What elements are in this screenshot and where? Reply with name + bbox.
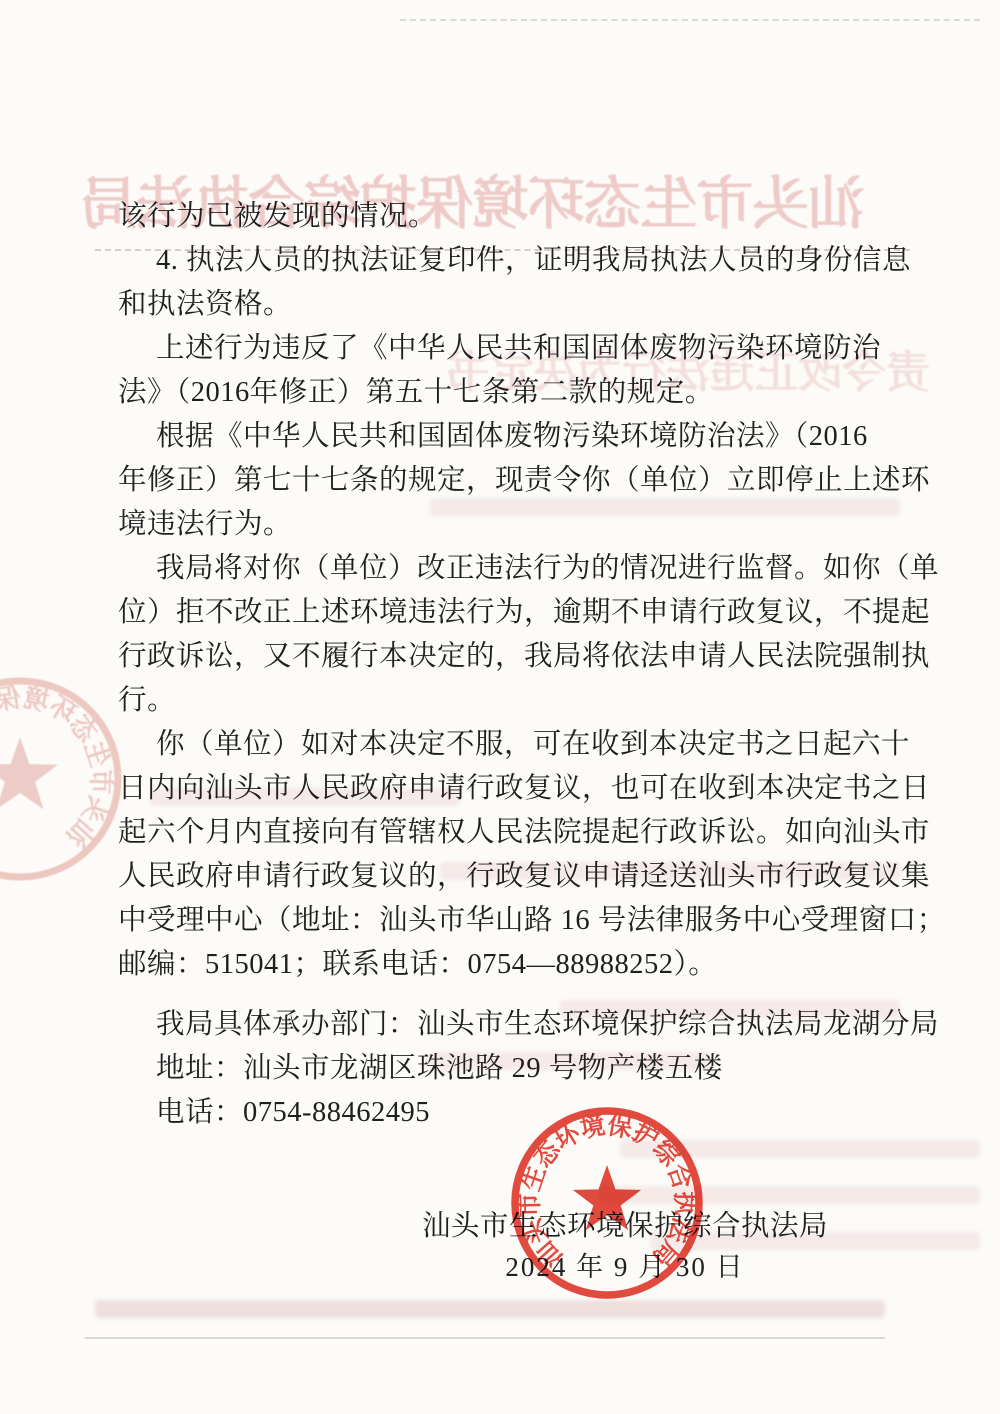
ghost-seal-star-icon bbox=[0, 737, 58, 809]
text-line: 行政诉讼，又不履行本决定的，我局将依法申请人民法院强制执 bbox=[118, 635, 910, 679]
text-line: 4. 执法人员的执法证复印件，证明我局执法人员的身份信息 bbox=[118, 239, 910, 283]
text-line: 地址：汕头市龙湖区珠池路 29 号物产楼五楼 bbox=[118, 1047, 910, 1091]
text-line: 起六个月内直接向有管辖权人民法院提起行政诉讼。如向汕头市 bbox=[118, 811, 910, 855]
text-line: 中受理中心（地址：汕头市华山路 16 号法律服务中心受理窗口； bbox=[118, 899, 910, 943]
body-text: 该行为已被发现的情况。 4. 执法人员的执法证复印件，证明我局执法人员的身份信息… bbox=[118, 195, 910, 1135]
document-page: 汕头市生态环境保护综合执法局 责令改正违法行为决定书 汕头市生态环境保护综合执法… bbox=[0, 0, 1000, 1414]
text-line: 根据《中华人民共和国固体废物污染环境防治法》（2016 bbox=[118, 415, 910, 459]
text-line: 我局具体承办部门：汕头市生态环境保护综合执法局龙湖分局 bbox=[118, 1003, 910, 1047]
text-line: 日内向汕头市人民政府申请行政复议，也可在收到本决定书之日 bbox=[118, 767, 910, 811]
text-line: 和执法资格。 bbox=[118, 283, 910, 327]
text-line: 人民政府申请行政复议的，行政复议申请迳送汕头市行政复议集 bbox=[118, 855, 910, 899]
text-line: 行。 bbox=[118, 679, 910, 723]
official-seal: 汕头市生态环境保护综合执法局 bbox=[507, 1103, 707, 1303]
text-line: 我局将对你（单位）改正违法行为的情况进行监督。如你（单 bbox=[118, 547, 910, 591]
text-line: 该行为已被发现的情况。 bbox=[118, 195, 910, 239]
text-line: 你（单位）如对本决定不服，可在收到本决定书之日起六十 bbox=[118, 723, 910, 767]
bleedthrough-smudge bbox=[95, 1300, 885, 1318]
text-line: 上述行为违反了《中华人民共和国固体废物污染环境防治 bbox=[118, 327, 910, 371]
text-line: 法》（2016年修正）第五十七条第二款的规定。 bbox=[118, 371, 910, 415]
text-line: 年修正）第七十七条的规定，现责令你（单位）立即停止上述环 bbox=[118, 459, 910, 503]
scan-artifact-line bbox=[400, 19, 980, 21]
ghost-seal: 汕头市生态环境保护综合执法局 bbox=[0, 664, 135, 894]
text-line: 位）拒不改正上述环境违法行为，逾期不申请行政复议，不提起 bbox=[118, 591, 910, 635]
bleedthrough-bottom-rule bbox=[85, 1337, 885, 1339]
text-line: 境违法行为。 bbox=[118, 503, 910, 547]
official-seal-star-icon bbox=[573, 1165, 641, 1230]
text-line: 邮编：515041；联系电话：0754—88988252）。 bbox=[118, 943, 910, 987]
